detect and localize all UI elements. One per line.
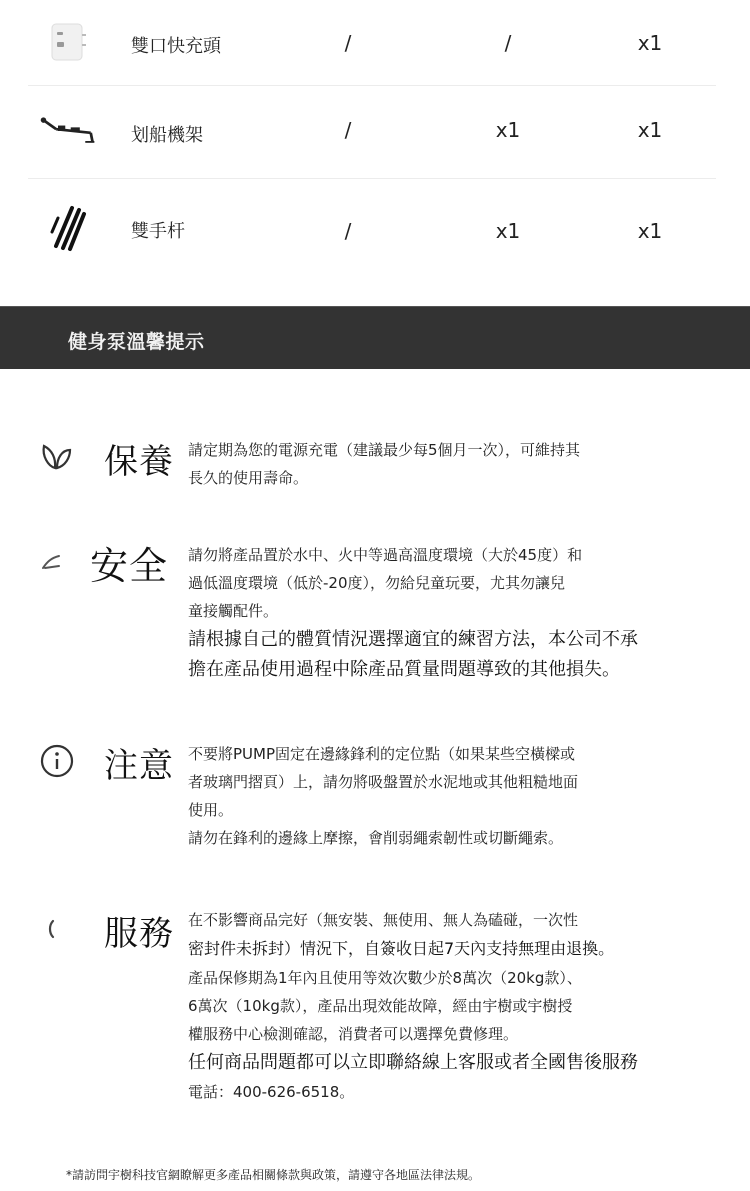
tip-body: 請勿將產品置於水中、火中等過高溫度環境（大於45度）和 過低溫度環境（低於-20… xyxy=(188,541,708,685)
info-icon xyxy=(40,744,74,778)
tip-line: 6萬次（10kg款），產品出現效能故障，經由宇樹或宇樹授 xyxy=(188,992,708,1020)
charger-icon xyxy=(38,12,98,72)
tip-line: 者玻璃門摺頁）上，請勿將吸盤置於水泥地或其他粗糙地面 xyxy=(188,768,708,796)
phone-line: 電話：400-626-6518。 xyxy=(188,1078,708,1106)
item-col2-value: x1 xyxy=(478,219,538,243)
tip-line: 童接觸配件。 xyxy=(188,597,708,625)
tip-line: 任何商品問題都可以立即聯絡線上客服或者全國售後服務 xyxy=(188,1048,708,1078)
item-name: 雙手杆 xyxy=(131,217,185,243)
tip-line: 請定期為您的電源充電（建議最少每5個月一次），可維持其 xyxy=(188,436,708,464)
item-name: 雙口快充頭 xyxy=(131,32,221,58)
table-row: 雙手杆 / x1 x1 xyxy=(28,179,716,279)
footnote: *請訪問宇樹科技官網瞭解更多產品相關條款與政策，請遵守各地區法律法規。 xyxy=(66,1166,480,1183)
tip-line: 不要將PUMP固定在邊緣鋒利的定位點（如果某些空橫樑或 xyxy=(188,740,708,768)
item-col1-value: / xyxy=(318,118,378,142)
item-col3-value: x1 xyxy=(620,31,680,55)
tip-line: 權服務中心檢測確認，消費者可以選擇免費修理。 xyxy=(188,1020,708,1048)
banner-title: 健身泵溫馨提示 xyxy=(68,327,205,354)
accessory-table: 雙口快充頭 / / x1 划船機架 / x1 x1 xyxy=(28,0,716,279)
item-name: 划船機架 xyxy=(131,121,203,147)
item-col1-value: / xyxy=(318,219,378,243)
table-row: 划船機架 / x1 x1 xyxy=(28,86,716,179)
tip-line: 長久的使用壽命。 xyxy=(188,464,708,492)
tip-heading: 注意 xyxy=(104,738,174,787)
tip-heading: 安全 xyxy=(90,535,168,590)
table-row: 雙口快充頭 / / x1 xyxy=(28,0,716,86)
tip-line: 請根據自己的體質情況選擇適宜的練習方法，本公司不承 xyxy=(188,625,708,655)
service-icon xyxy=(38,912,72,946)
tip-line: 產品保修期為1年內且使用等效次數少於8萬次（20kg款）、 xyxy=(188,964,708,992)
tip-line: 擔在產品使用過程中除產品質量問題導致的其他損失。 xyxy=(188,655,708,685)
rowing-frame-icon xyxy=(38,101,98,161)
tip-line: 密封件未拆封）情況下，自簽收日起7天內支持無理由退換。 xyxy=(188,934,708,964)
tip-line: 請勿將產品置於水中、火中等過高溫度環境（大於45度）和 xyxy=(188,541,708,569)
leaf-icon xyxy=(40,440,74,474)
tip-line: 在不影響商品完好（無安裝、無使用、無人為磕碰，一次性 xyxy=(188,906,708,934)
tip-line: 使用。 xyxy=(188,796,708,824)
tip-heading: 服務 xyxy=(104,906,174,955)
tips-banner: 健身泵溫馨提示 xyxy=(0,306,750,369)
dual-handle-bar-icon xyxy=(38,197,98,257)
item-col2-value: / xyxy=(478,31,538,55)
tip-body: 不要將PUMP固定在邊緣鋒利的定位點（如果某些空橫樑或 者玻璃門摺頁）上，請勿將… xyxy=(188,740,708,852)
item-col3-value: x1 xyxy=(620,118,680,142)
item-col2-value: x1 xyxy=(478,118,538,142)
item-col1-value: / xyxy=(318,31,378,55)
tip-line: 請勿在鋒利的邊緣上摩擦，會削弱繩索韌性或切斷繩索。 xyxy=(188,824,708,852)
tip-heading: 保養 xyxy=(104,434,174,483)
tip-line: 過低溫度環境（低於-20度），勿給兒童玩要，尤其勿讓兒 xyxy=(188,569,708,597)
fire-icon xyxy=(36,545,70,579)
tip-body: 請定期為您的電源充電（建議最少每5個月一次），可維持其 長久的使用壽命。 xyxy=(188,436,708,492)
tip-body: 在不影響商品完好（無安裝、無使用、無人為磕碰，一次性 密封件未拆封）情況下，自簽… xyxy=(188,906,708,1106)
item-col3-value: x1 xyxy=(620,219,680,243)
